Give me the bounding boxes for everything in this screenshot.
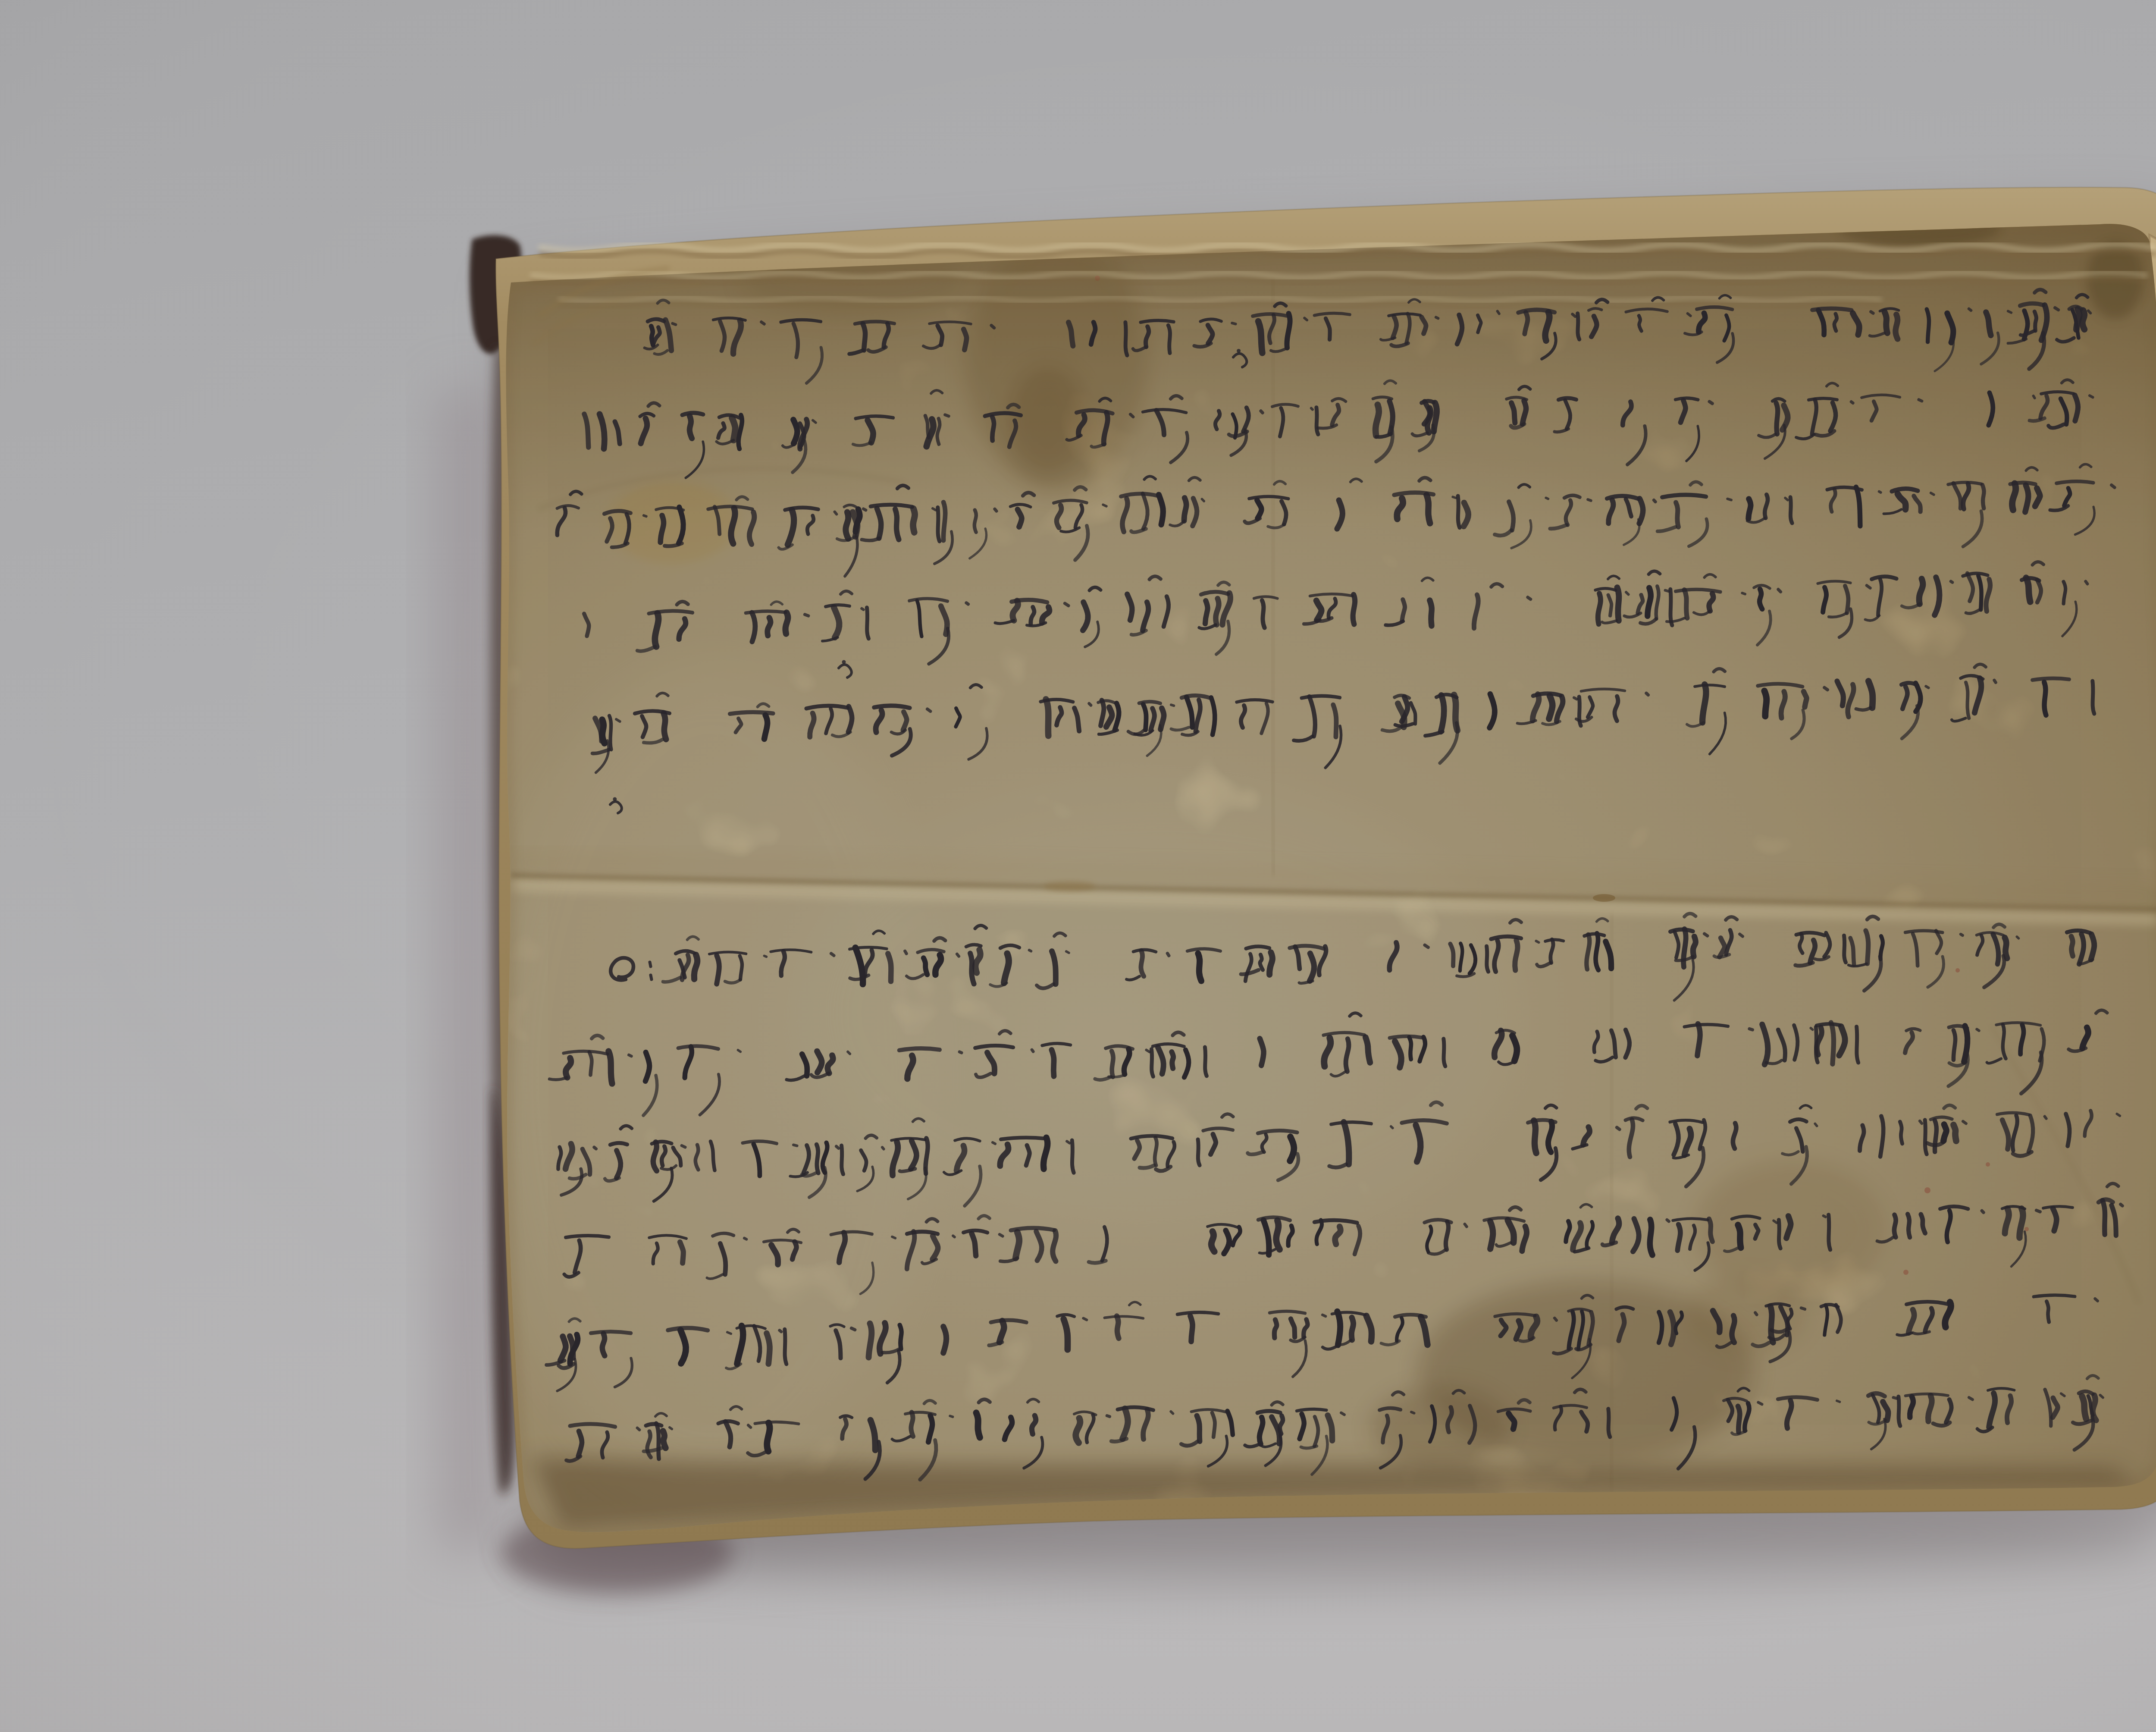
paper-crease [1611, 914, 1613, 1490]
manuscript-photo [0, 0, 2156, 1732]
main-page [474, 173, 2156, 1574]
paper-crease [1272, 280, 1274, 875]
